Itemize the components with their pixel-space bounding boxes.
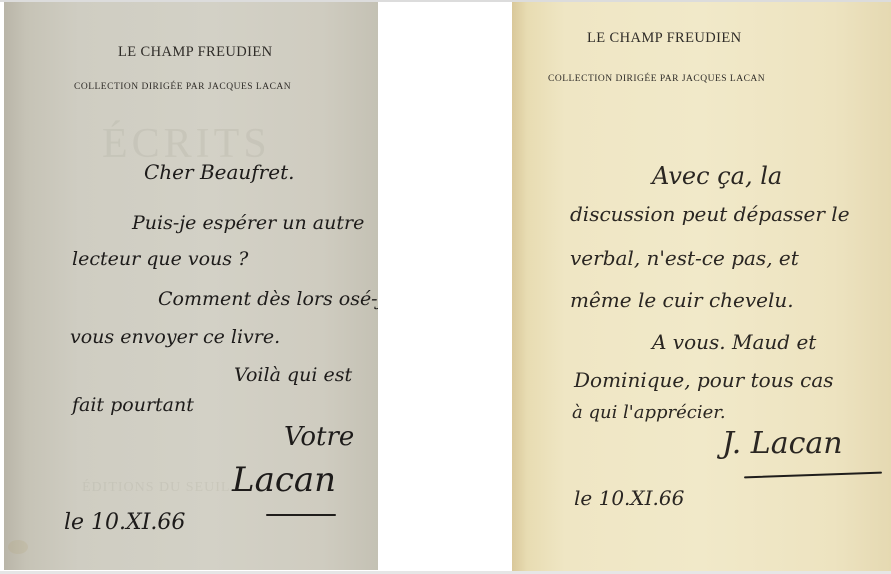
closing-votre: Votre [284,422,354,452]
bleed-through-publisher: ÉDITIONS DU SEUIL [82,480,230,496]
inscription-date: le 10.XI.66 [64,510,185,535]
inscription-line: même le cuir chevelu. [570,288,794,312]
collection-line: COLLECTION DIRIGÉE PAR JACQUES LACAN [74,82,291,92]
signature: Lacan [232,460,336,500]
inscription-line: vous envoyer ce livre. [70,326,280,348]
inscription-line: à qui l'apprécier. [572,402,726,423]
collection-line: COLLECTION DIRIGÉE PAR JACQUES LACAN [548,74,765,84]
right-page-photo: LE CHAMP FREUDIEN COLLECTION DIRIGÉE PAR… [512,2,891,571]
inscription-line: fait pourtant [72,394,194,416]
inscription-line: Avec ça, la [652,162,782,190]
inscription-line: verbal, n'est-ce pas, et [570,246,799,270]
inscription-line: Comment dès lors osé-je [158,288,378,310]
left-page-photo: LE CHAMP FREUDIEN COLLECTION DIRIGÉE PAR… [4,2,378,570]
inscription-line: A vous. Maud et [652,330,816,354]
signature: J. Lacan [722,426,843,461]
paper-stain [8,540,28,554]
inscription-line: Puis-je espérer un autre [132,212,364,234]
inscription-line: discussion peut dépasser le [570,202,850,226]
signature-underline [744,472,882,478]
inscription-salutation: Cher Beaufret. [144,160,294,184]
inscription-date: le 10.XI.66 [574,486,684,510]
inscription-line: lecteur que vous ? [72,248,248,270]
inscription-line: Voilà qui est [234,364,352,386]
series-title: LE CHAMP FREUDIEN [587,30,742,47]
inscription-line: Dominique, pour tous cas [574,368,834,392]
signature-underline [266,514,336,516]
series-title: LE CHAMP FREUDIEN [118,44,273,61]
